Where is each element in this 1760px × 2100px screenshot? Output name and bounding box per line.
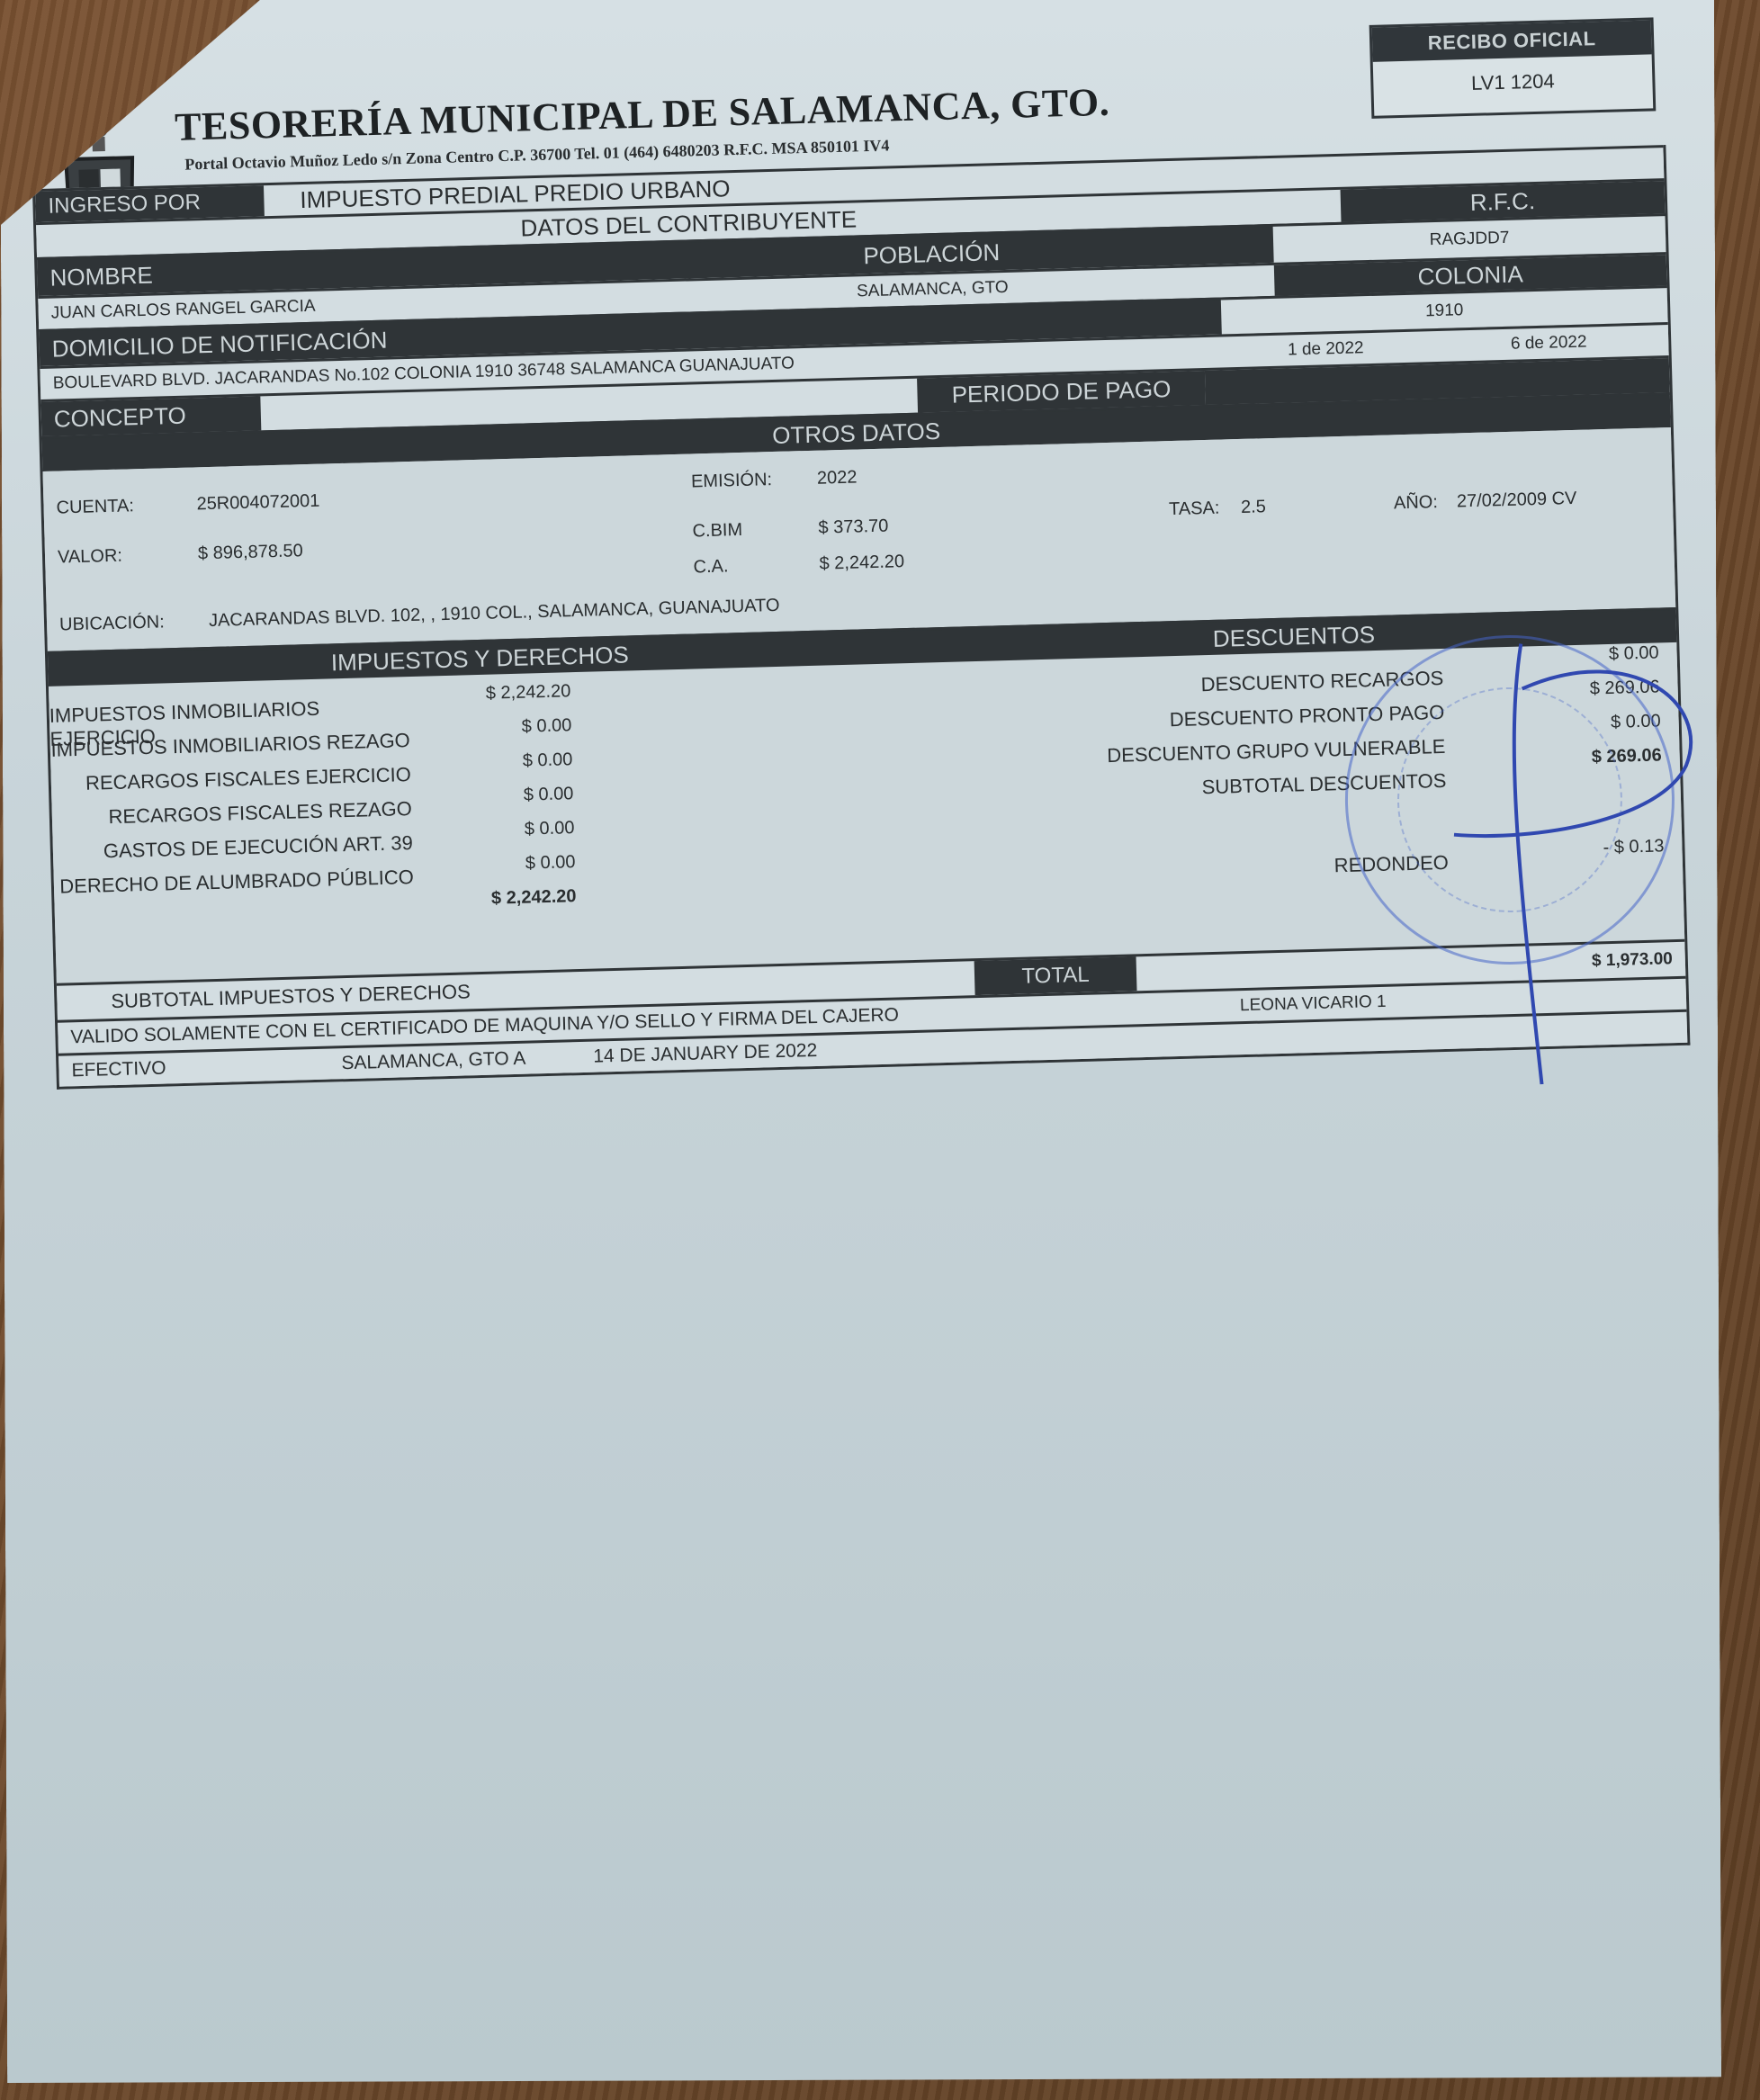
concepto-label: CONCEPTO [40,396,261,436]
anio-value: 27/02/2009 CV [1457,489,1577,513]
ubicacion-label: UBICACIÓN: [59,612,165,635]
cbim-label: C.BIM [692,520,742,542]
receipt-number: LV1 1204 [1373,54,1653,110]
valor-label: VALOR: [58,546,122,569]
valor-value: $ 896,878.50 [198,541,303,564]
lugar: SALAMANCA, GTO A [341,1042,594,1080]
impuestos-panel: IMPUESTOS INMOBILIARIOS EJERCICIO$ 2,242… [49,663,920,983]
tasa-label: TASA: [1169,498,1220,521]
descuento-item-amount: $ 269.06 [1589,677,1659,699]
subtotal-impuestos-amount: $ 2,242.20 [491,886,577,910]
cbim-value: $ 373.70 [818,516,888,539]
descuento-item-label: DESCUENTO PRONTO PAGO [1169,701,1444,731]
impuesto-item-amount: $ 0.00 [525,818,575,839]
official-receipt-box: RECIBO OFICIAL LV1 1204 [1369,17,1657,119]
cuenta-label: CUENTA: [56,496,134,518]
impuesto-item-amount: $ 0.00 [525,852,576,874]
impuesto-item-label: RECARGOS FISCALES REZAGO [108,797,412,829]
subtotal-descuentos-label: SUBTOTAL DESCUENTOS [1201,769,1446,799]
descuentos-panel: REDONDEO - $ 0.13 DESCUENTO RECARGOS$ 0.… [912,642,1685,960]
treasury-title: TESORERÍA MUNICIPAL DE SALAMANCA, GTO. [175,79,1110,150]
redondeo-amount: - $ 0.13 [1603,836,1664,858]
receipt-form: INGRESO POR IMPUESTO PREDIAL PREDIO URBA… [32,145,1690,1090]
impuesto-item-label: GASTOS DE EJECUCIÓN ART. 39 [103,831,414,863]
receipt-document: TESORERÍA MUNICIPAL DE SALAMANCA, GTO. P… [29,10,1695,1134]
receipt-paper: TESORERÍA MUNICIPAL DE SALAMANCA, GTO. P… [0,0,1721,2083]
impuesto-item-amount: $ 0.00 [522,749,572,771]
subtotal-descuentos-amount: $ 269.06 [1592,745,1662,767]
emision-label: EMISIÓN: [691,470,773,492]
descuento-item-label: DESCUENTO RECARGOS [1200,667,1443,696]
redondeo-label: REDONDEO [1333,851,1449,877]
anio-label: AÑO: [1394,492,1439,514]
descuento-item-amount: $ 0.00 [1609,642,1659,664]
tasa-value: 2.5 [1241,497,1266,518]
impuesto-item-label: DERECHO DE ALUMBRADO PÚBLICO [59,866,414,899]
ca-label: C.A. [693,556,729,578]
forma-pago: EFECTIVO [58,1048,342,1086]
ca-value: $ 2,242.20 [819,552,904,575]
descuento-item-label: DESCUENTO GRUPO VULNERABLE [1107,735,1446,767]
descuento-item-amount: $ 0.00 [1611,711,1661,732]
emision-value: 2022 [817,467,858,489]
impuesto-item-amount: $ 0.00 [524,784,574,805]
impuesto-item-label: RECARGOS FISCALES EJERCICIO [85,763,411,795]
total-label: TOTAL [974,956,1137,995]
impuesto-item-amount: $ 2,242.20 [486,681,571,704]
ubicacion-value: JACARANDAS BLVD. 102, , 1910 COL., SALAM… [209,596,780,632]
impuesto-item-amount: $ 0.00 [521,715,571,737]
cuenta-value: 25R004072001 [196,491,319,516]
